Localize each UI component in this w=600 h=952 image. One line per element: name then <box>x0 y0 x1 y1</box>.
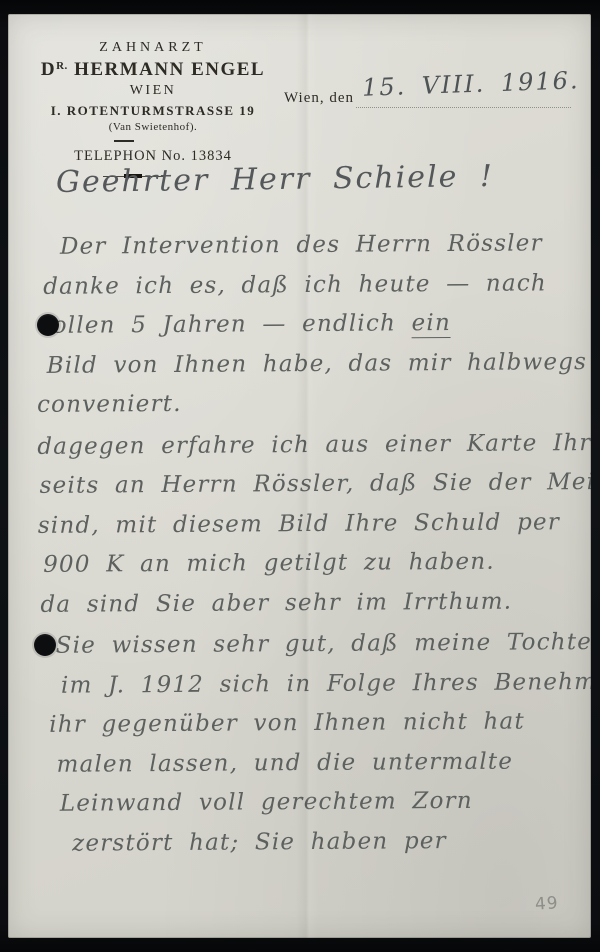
handwriting-line: Bild von Ihnen habe, das mir halbwegs <box>47 343 582 386</box>
handwriting-line: Der Intervention des Herrn Rössler <box>60 224 581 267</box>
letterhead-divider-rule <box>114 140 134 142</box>
handwriting-line: ihr gegenüber von Ihnen nicht hat <box>49 702 584 745</box>
handwriting-line: conveniert. <box>37 382 582 425</box>
handwriting-line: zerstört hat; Sie haben per <box>72 821 585 864</box>
letterhead-profession: ZAHNARZT <box>28 40 278 56</box>
letter-body: Der Intervention des Herrn Rössler danke… <box>36 224 585 864</box>
letter-paper: ZAHNARZT DR. HERMANN ENGEL WIEN I. ROTEN… <box>8 14 591 938</box>
handwriting-line: im J. 1912 sich in Folge Ihres Benehmens <box>61 663 584 706</box>
handwriting-line: 900 K an mich getilgt zu haben. <box>43 542 583 585</box>
handwriting-line: danke ich es, daß ich heute — nach <box>43 264 581 307</box>
letterhead: ZAHNARZT DR. HERMANN ENGEL WIEN I. ROTEN… <box>28 40 278 179</box>
underlined-word: ein <box>411 310 451 338</box>
punch-hole-bottom <box>34 634 56 656</box>
line-text: vollen 5 Jahren — endlich <box>38 310 411 339</box>
handwriting-line: Leinwand voll gerechtem Zorn <box>60 781 585 824</box>
handwriting-line: malen lassen, und die untermalte <box>56 742 584 785</box>
punch-hole-top <box>37 314 59 336</box>
scan-background: ZAHNARZT DR. HERMANN ENGEL WIEN I. ROTEN… <box>0 0 600 952</box>
folio-number: 49 <box>534 893 559 915</box>
name-superscript: R. <box>56 60 68 72</box>
dateline: Wien, den 15. VIII. 1916. <box>284 74 584 124</box>
name-initial: D <box>41 59 56 80</box>
handwriting-line: sind, mit diesem Bild Ihre Schuld per <box>38 503 583 546</box>
handwriting-line: vollen 5 Jahren — endlich ein <box>38 303 581 346</box>
letterhead-street: I. ROTENTURMSTRASSE 19 <box>28 103 278 119</box>
handwriting-line: Sie wissen sehr gut, daß meine Tochter <box>56 623 584 666</box>
dateline-handwritten-date: 15. VIII. 1916. <box>362 66 580 102</box>
letterhead-building: (Van Swietenhof). <box>28 121 278 133</box>
letterhead-name: DR. HERMANN ENGEL <box>28 59 278 81</box>
handwriting-line: da sind Sie aber sehr im Irrthum. <box>40 582 583 625</box>
handwriting-line: dagegen erfahre ich aus einer Karte Ihre… <box>37 424 582 467</box>
dateline-dotted-rule <box>356 107 571 108</box>
handwriting-line: seits an Herrn Rössler, daß Sie der Mein… <box>39 463 582 506</box>
salutation: Geehrter Herr Schiele ! <box>56 159 494 200</box>
name-rest: HERMANN ENGEL <box>74 59 265 80</box>
letterhead-city: WIEN <box>28 83 278 99</box>
dateline-printed-label: Wien, den <box>284 90 354 107</box>
